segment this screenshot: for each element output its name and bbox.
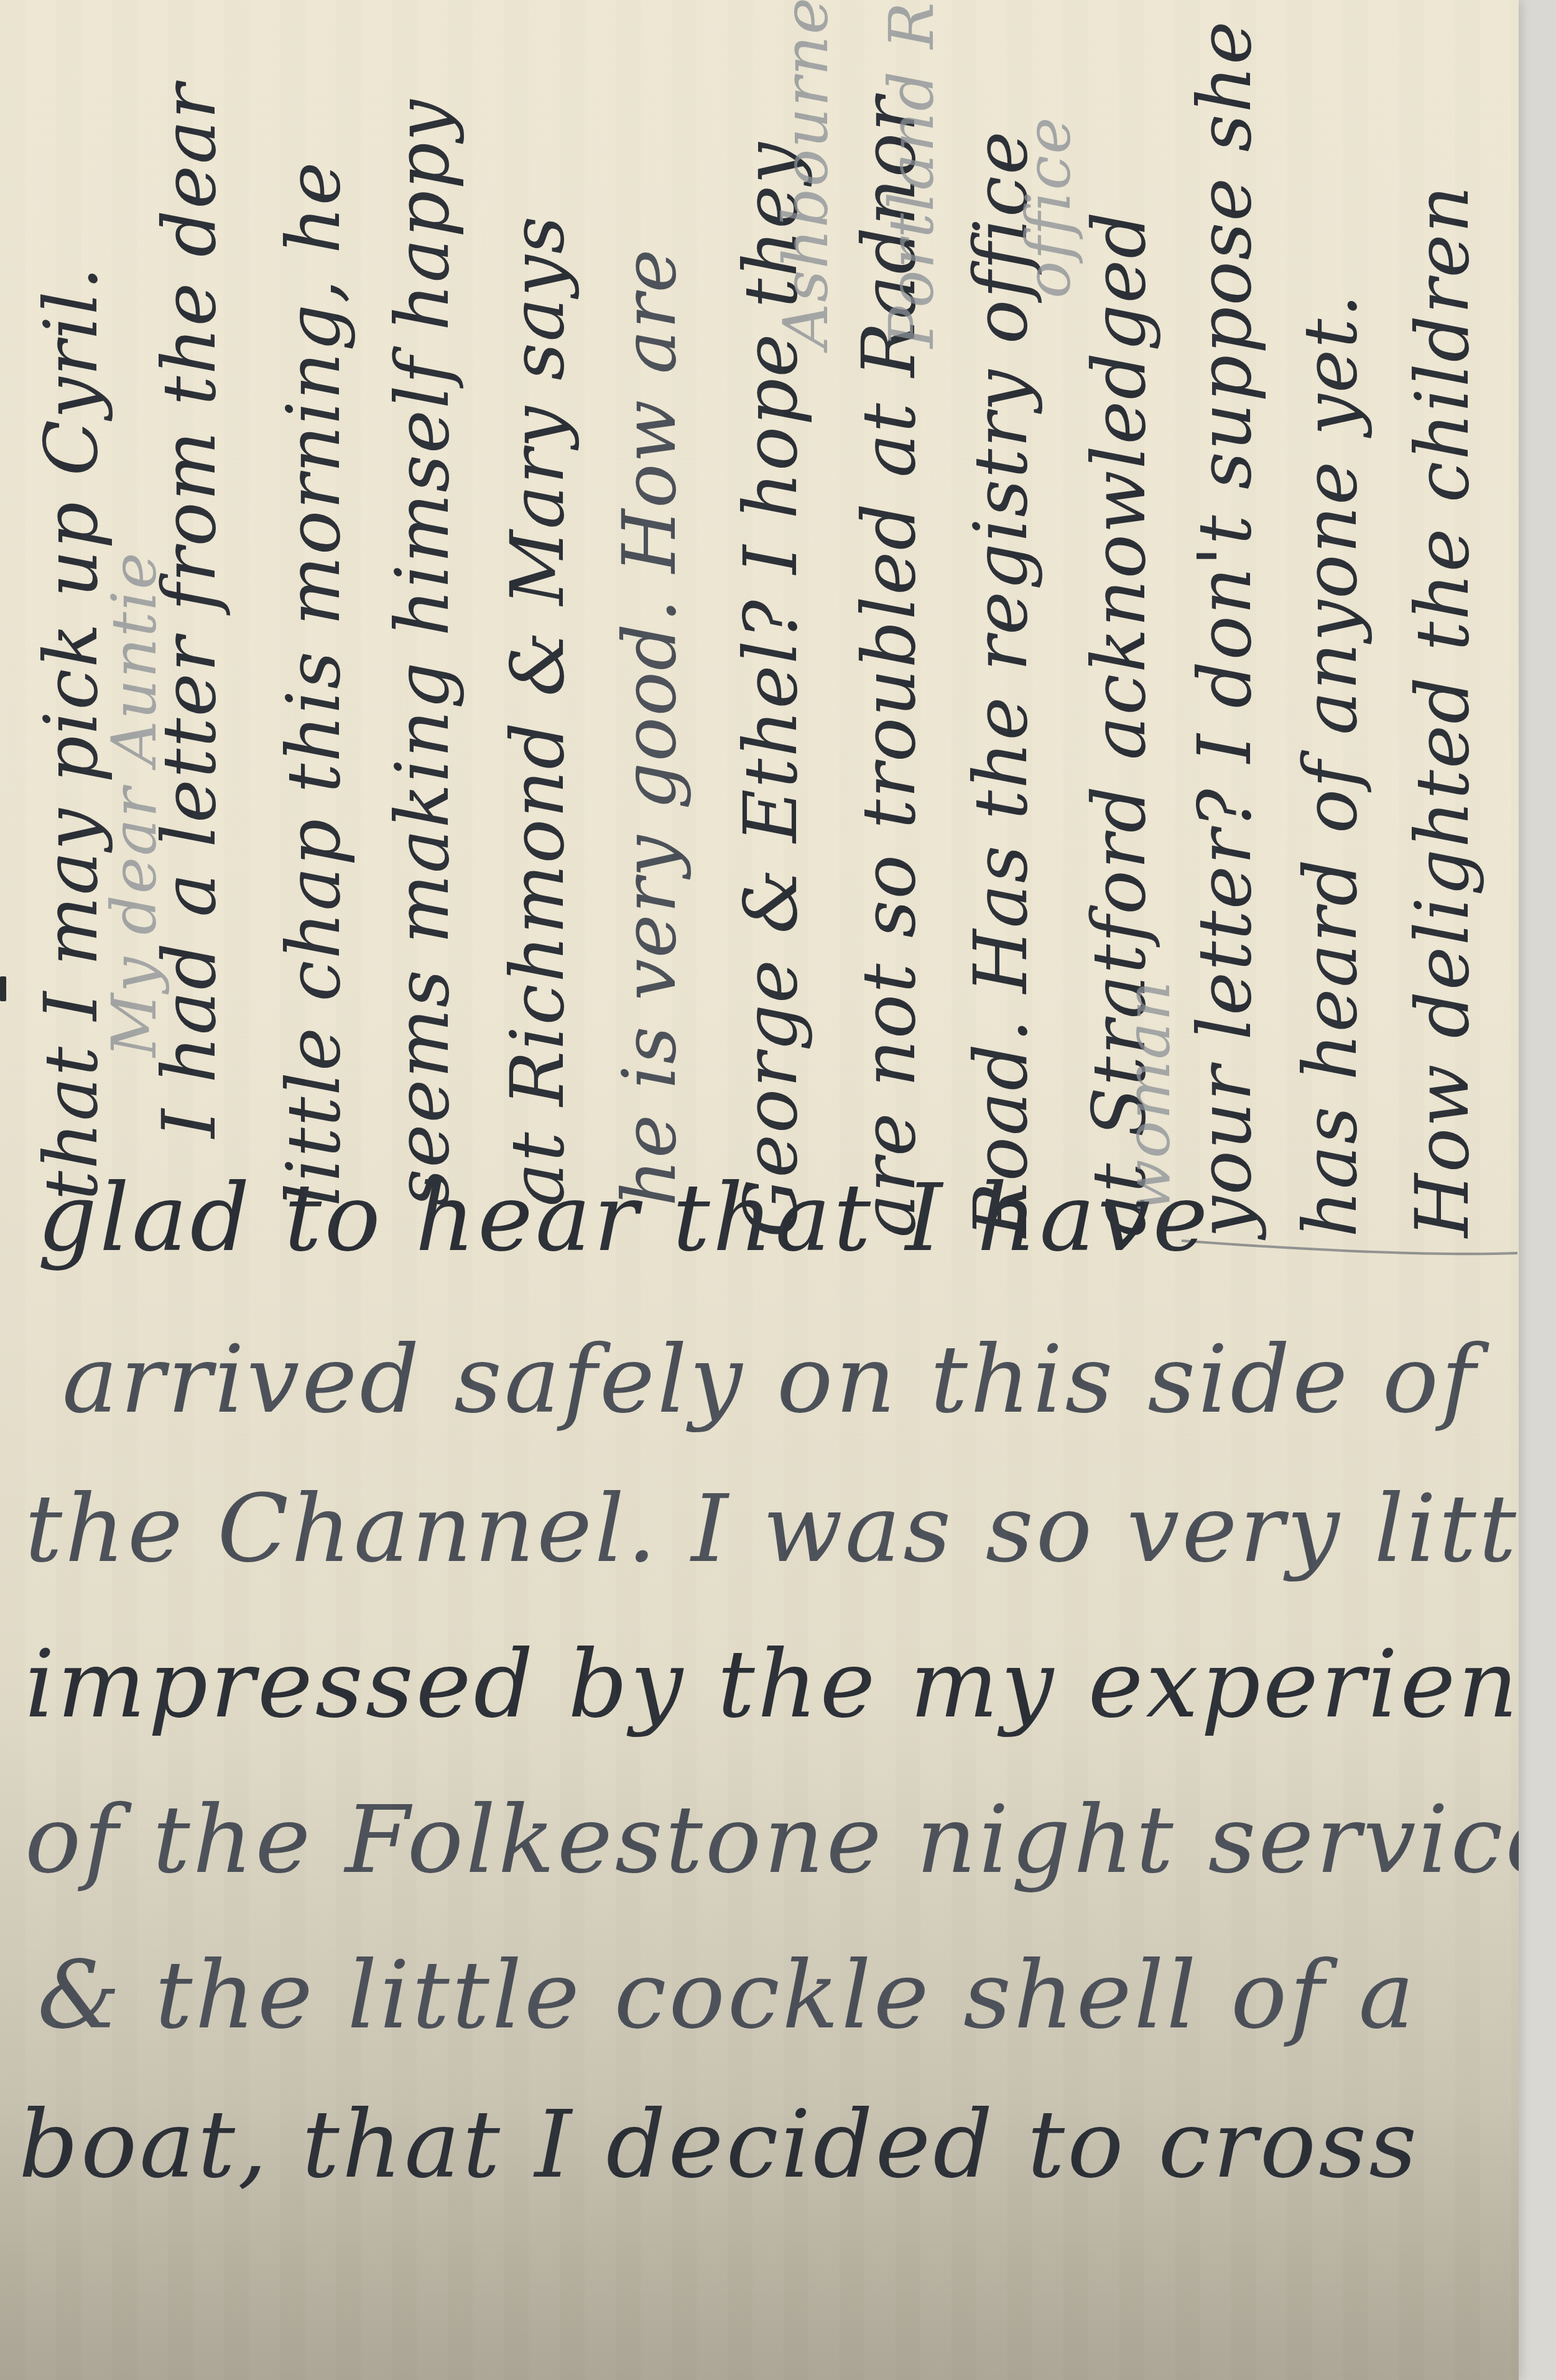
letter-paper: that I may pick up Cyril. I had a letter… [0, 0, 1519, 2380]
horizontal-line: impressed by the my experience [25, 1631, 1519, 1739]
horizontal-text-layer: glad to hear that I have arrived safely … [0, 0, 1519, 2380]
horizontal-line: & the little cockle shell of a [37, 1942, 1417, 2050]
horizontal-line: boat, that I decided to cross [19, 2091, 1419, 2199]
horizontal-line: the Channel. I was so very little [25, 1475, 1519, 1583]
horizontal-line: arrived safely on this side of [62, 1326, 1489, 1434]
horizontal-line: of the Folkestone night service [25, 1786, 1519, 1894]
horizontal-line: glad to hear that I have [37, 1164, 1210, 1272]
